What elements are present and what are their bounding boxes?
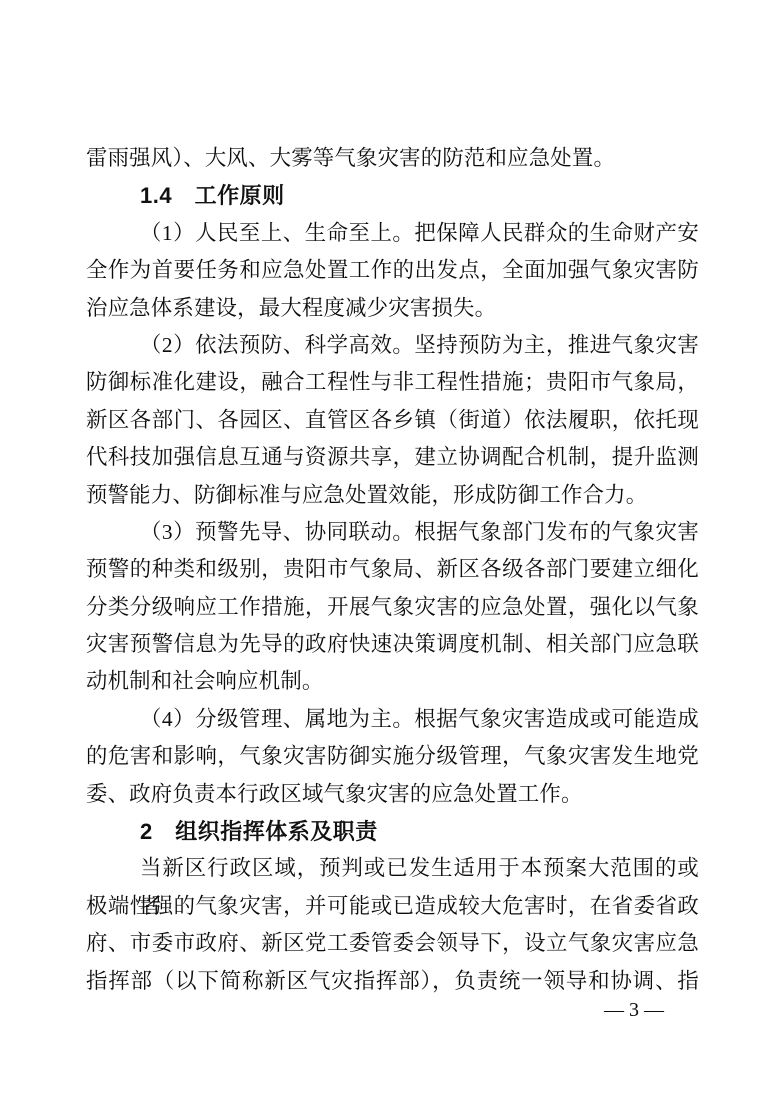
document-page: 雷雨强风）、大风、大雾等气象灾害的防范和应急处置。1.4 工作原则（1）人民至上… — [0, 0, 784, 1113]
body-line: 雷雨强风）、大风、大雾等气象灾害的防范和应急处置。 — [86, 140, 699, 177]
section-heading: 2 组织指挥体系及职责 — [86, 813, 699, 850]
body-line: 委、政府负责本行政区域气象灾害的应急处置工作。 — [86, 776, 699, 813]
body-line: （4）分级管理、属地为主。根据气象灾害造成或可能造成 — [86, 701, 699, 738]
body-line: （2）依法预防、科学高效。坚持预防为主，推进气象灾害 — [86, 327, 699, 364]
section-heading: 1.4 工作原则 — [86, 177, 699, 214]
body-line: 治应急体系建设，最大程度减少灾害损失。 — [86, 290, 699, 327]
body-line: 新区各部门、各园区、直管区各乡镇（街道）依法履职，依托现 — [86, 402, 699, 439]
document-body: 雷雨强风）、大风、大雾等气象灾害的防范和应急处置。1.4 工作原则（1）人民至上… — [86, 140, 699, 1000]
body-line: 的危害和影响，气象灾害防御实施分级管理，气象灾害发生地党 — [86, 738, 699, 775]
body-line: 府、市委市政府、新区党工委管委会领导下，设立气象灾害应急 — [86, 925, 699, 962]
body-line: 指挥部（以下简称新区气灾指挥部），负责统一领导和协调、指 — [86, 963, 699, 1000]
body-line: 当新区行政区域，预判或已发生适用于本预案大范围的或者 — [86, 850, 699, 887]
body-line: 全作为首要任务和应急处置工作的出发点，全面加强气象灾害防 — [86, 252, 699, 289]
body-line: 防御标准化建设，融合工程性与非工程性措施；贵阳市气象局， — [86, 364, 699, 401]
body-line: （3）预警先导、协同联动。根据气象部门发布的气象灾害 — [86, 514, 699, 551]
body-line: 灾害预警信息为先导的政府快速决策调度机制、相关部门应急联 — [86, 626, 699, 663]
page-number: — 3 — — [596, 998, 672, 1022]
body-line: 预警的种类和级别，贵阳市气象局、新区各级各部门要建立细化 — [86, 551, 699, 588]
body-line: 极端性强的气象灾害，并可能或已造成较大危害时，在省委省政 — [86, 888, 699, 925]
body-line: 预警能力、防御标准与应急处置效能，形成防御工作合力。 — [86, 477, 699, 514]
body-line: 代科技加强信息互通与资源共享，建立协调配合机制，提升监测 — [86, 439, 699, 476]
body-line: （1）人民至上、生命至上。把保障人民群众的生命财产安 — [86, 215, 699, 252]
body-line: 动机制和社会响应机制。 — [86, 663, 699, 700]
body-line: 分类分级响应工作措施，开展气象灾害的应急处置，强化以气象 — [86, 589, 699, 626]
